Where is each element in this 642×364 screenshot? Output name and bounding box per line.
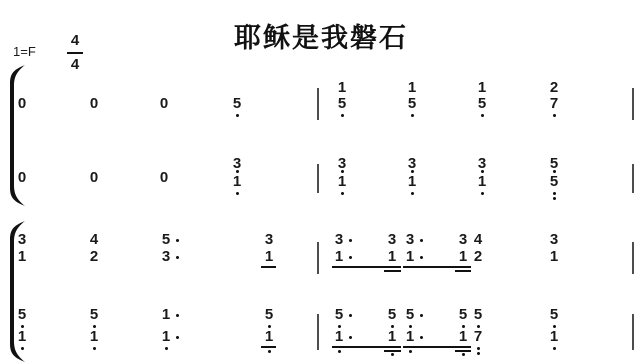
note-number: 1 bbox=[548, 249, 560, 264]
note-number: 1 bbox=[404, 249, 416, 264]
note-number: 1 bbox=[263, 249, 275, 264]
note-number: 1 bbox=[457, 249, 469, 264]
octave-dot bbox=[553, 347, 556, 350]
sheet-music-page: 耶稣是我磐石 1=F 4 4 0005151515270003131313155… bbox=[0, 0, 642, 364]
note-number: 0 bbox=[158, 96, 170, 111]
note-number: 3 bbox=[476, 156, 488, 171]
note-number: 1 bbox=[548, 329, 560, 344]
note-number: 4 bbox=[472, 232, 484, 247]
beam-underline bbox=[332, 266, 401, 268]
beam-underline bbox=[403, 346, 471, 348]
rhythm-dot bbox=[420, 239, 423, 242]
octave-dot bbox=[411, 192, 414, 195]
note-number: 3 bbox=[404, 232, 416, 247]
octave-dot bbox=[477, 347, 480, 350]
note-number: 3 bbox=[548, 232, 560, 247]
note-number: 5 bbox=[333, 307, 345, 322]
beam-underline bbox=[455, 270, 471, 272]
beam-underline bbox=[384, 350, 401, 352]
barline bbox=[317, 88, 319, 120]
note-number: 1 bbox=[386, 249, 398, 264]
note-number: 1 bbox=[16, 249, 28, 264]
note-number: 1 bbox=[476, 174, 488, 189]
octave-dot bbox=[477, 352, 480, 355]
rhythm-dot bbox=[420, 314, 423, 317]
note-number: 5 bbox=[472, 307, 484, 322]
note-number: 5 bbox=[386, 307, 398, 322]
rhythm-dot bbox=[349, 239, 352, 242]
note-number: 0 bbox=[88, 170, 100, 185]
beam-underline bbox=[261, 266, 276, 268]
barline bbox=[317, 314, 319, 350]
note-number: 2 bbox=[548, 80, 560, 95]
note-number: 1 bbox=[336, 80, 348, 95]
octave-dot bbox=[165, 347, 168, 350]
note-number: 0 bbox=[88, 96, 100, 111]
rhythm-dot bbox=[176, 256, 179, 259]
note-number: 5 bbox=[457, 307, 469, 322]
note-number: 5 bbox=[548, 307, 560, 322]
rhythm-dot bbox=[176, 314, 179, 317]
note-number: 5 bbox=[404, 307, 416, 322]
rhythm-dot bbox=[349, 336, 352, 339]
note-number: 3 bbox=[406, 156, 418, 171]
octave-dot bbox=[553, 197, 556, 200]
note-number: 7 bbox=[472, 329, 484, 344]
barline bbox=[632, 314, 634, 350]
note-number: 3 bbox=[231, 156, 243, 171]
octave-dot bbox=[268, 350, 271, 353]
note-number: 5 bbox=[263, 307, 275, 322]
octave-dot bbox=[236, 192, 239, 195]
rhythm-dot bbox=[349, 256, 352, 259]
beam-underline bbox=[384, 270, 401, 272]
note-number: 3 bbox=[263, 232, 275, 247]
octave-dot bbox=[236, 114, 239, 117]
note-number: 3 bbox=[386, 232, 398, 247]
note-number: 3 bbox=[16, 232, 28, 247]
note-number: 1 bbox=[263, 329, 275, 344]
note-number: 0 bbox=[16, 170, 28, 185]
barline bbox=[632, 88, 634, 120]
rhythm-dot bbox=[349, 314, 352, 317]
octave-dot bbox=[462, 353, 465, 356]
barline bbox=[317, 164, 319, 193]
barline bbox=[632, 242, 634, 274]
note-number: 5 bbox=[336, 96, 348, 111]
note-number: 1 bbox=[406, 174, 418, 189]
note-number: 5 bbox=[548, 156, 560, 171]
rhythm-dot bbox=[176, 239, 179, 242]
note-number: 1 bbox=[160, 329, 172, 344]
note-number: 1 bbox=[386, 329, 398, 344]
octave-dot bbox=[481, 192, 484, 195]
note-number: 7 bbox=[548, 96, 560, 111]
note-number: 5 bbox=[548, 174, 560, 189]
note-number: 3 bbox=[457, 232, 469, 247]
barline bbox=[317, 242, 319, 274]
note-number: 1 bbox=[336, 174, 348, 189]
rhythm-dot bbox=[420, 336, 423, 339]
octave-dot bbox=[93, 347, 96, 350]
octave-dot bbox=[411, 114, 414, 117]
octave-dot bbox=[553, 192, 556, 195]
note-number: 5 bbox=[231, 96, 243, 111]
note-number: 0 bbox=[16, 96, 28, 111]
note-number: 5 bbox=[406, 96, 418, 111]
note-number: 5 bbox=[88, 307, 100, 322]
note-number: 1 bbox=[160, 307, 172, 322]
note-number: 1 bbox=[88, 329, 100, 344]
note-number: 1 bbox=[231, 174, 243, 189]
note-number: 5 bbox=[476, 96, 488, 111]
score-layer: 0005151515270003131313155314253313131313… bbox=[0, 0, 642, 364]
octave-dot bbox=[341, 114, 344, 117]
note-number: 2 bbox=[88, 249, 100, 264]
barline bbox=[632, 164, 634, 193]
note-number: 2 bbox=[472, 249, 484, 264]
note-number: 3 bbox=[160, 249, 172, 264]
octave-dot bbox=[338, 350, 341, 353]
octave-dot bbox=[341, 192, 344, 195]
octave-dot bbox=[409, 350, 412, 353]
note-number: 1 bbox=[333, 249, 345, 264]
note-number: 4 bbox=[88, 232, 100, 247]
note-number: 3 bbox=[336, 156, 348, 171]
note-number: 1 bbox=[404, 329, 416, 344]
note-number: 3 bbox=[333, 232, 345, 247]
octave-dot bbox=[21, 347, 24, 350]
note-number: 5 bbox=[16, 307, 28, 322]
rhythm-dot bbox=[176, 336, 179, 339]
octave-dot bbox=[553, 114, 556, 117]
rhythm-dot bbox=[420, 256, 423, 259]
beam-underline bbox=[261, 346, 276, 348]
note-number: 5 bbox=[160, 232, 172, 247]
note-number: 1 bbox=[406, 80, 418, 95]
beam-underline bbox=[332, 346, 401, 348]
octave-dot bbox=[391, 353, 394, 356]
note-number: 1 bbox=[16, 329, 28, 344]
beam-underline bbox=[403, 266, 471, 268]
octave-dot bbox=[481, 114, 484, 117]
note-number: 1 bbox=[333, 329, 345, 344]
note-number: 0 bbox=[158, 170, 170, 185]
beam-underline bbox=[455, 350, 471, 352]
note-number: 1 bbox=[457, 329, 469, 344]
note-number: 1 bbox=[476, 80, 488, 95]
